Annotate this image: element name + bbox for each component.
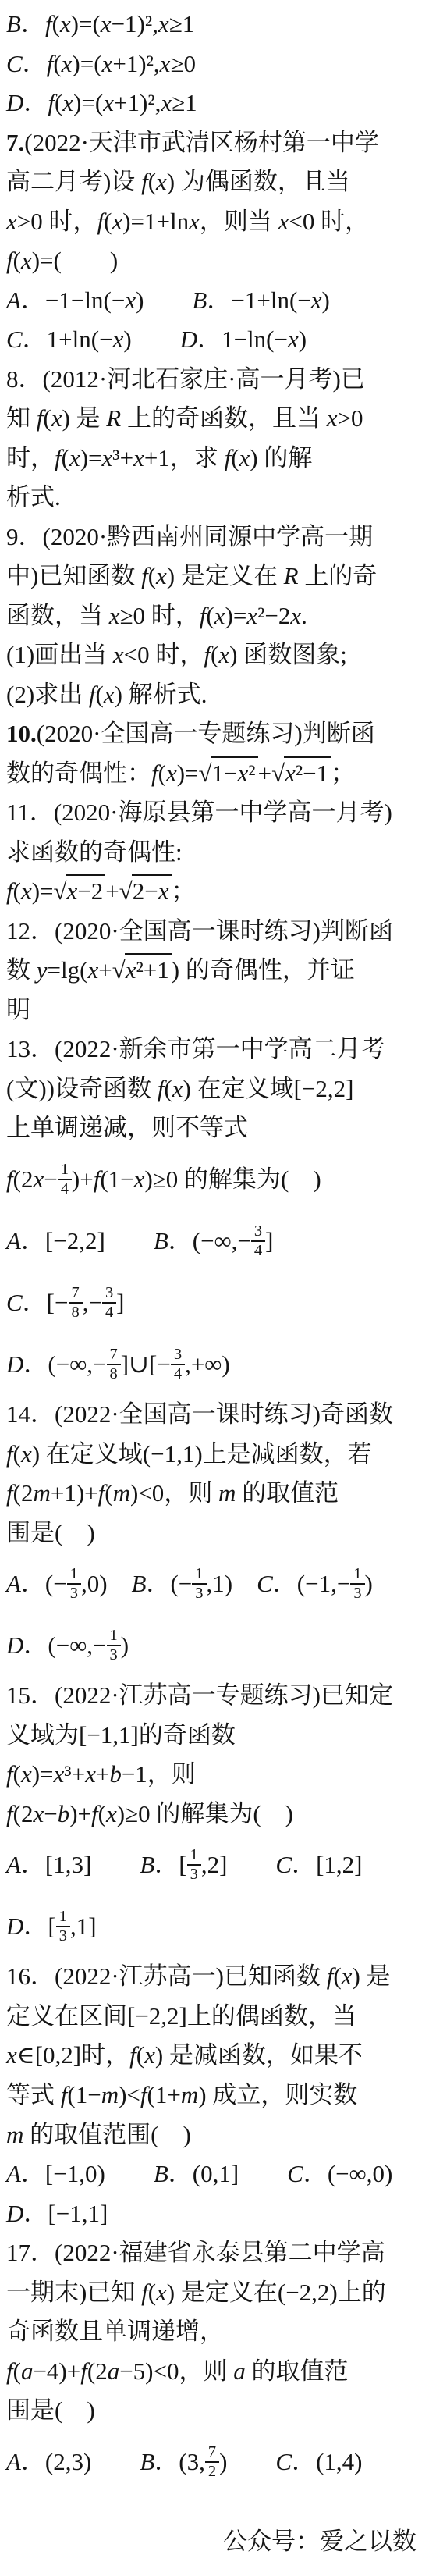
document-line: 时，f(x)=x³+x+1，求 f(x) 的解 [6,439,423,479]
document-line: f(2m+1)+f(m)<0，则 m 的取值范 [6,1474,423,1514]
document-line: f(x)=x³+x+b−1，则 [6,1755,423,1795]
document-line: f(2x−b)+f(x)≥0 的解集为( ) [6,1795,423,1834]
document-line: 12．(2020·全国高一课时练习)判断函 [6,912,423,952]
sqrt-radical: √x−2 [54,877,106,905]
document-line: D．[13,1] [6,1895,423,1957]
sqrt-radical: √1−x² [199,760,258,787]
document-line: A．−1−ln(−x) B．−1+ln(−x) [6,281,423,321]
document-line: 围是( ) [6,2391,423,2431]
document-line: f(x) 在定义域(−1,1)上是减函数，若 [6,1435,423,1475]
document-line: f(2x−14)+f(1−x)≥0 的解集为( ) [6,1148,423,1210]
document-line: C．[−78,−34] [6,1272,423,1333]
document-line: 知 f(x) 是 R 上的奇函数，且当 x>0 [6,399,423,439]
fraction: 13 [187,1846,201,1884]
document-line: f(x)=( ) [6,241,423,281]
document-line: 14．(2022·全国高一课时练习)奇函数 [6,1395,423,1435]
document-line: 7.(2022·天津市武清区杨村第一中学 [6,123,423,163]
document-line: 11．(2020·海原县第一中学高一月考) [6,793,423,833]
document-line: 一期末)已知 f(x) 是定义在(−2,2)上的 [6,2273,423,2313]
fraction: 13 [107,1627,121,1664]
document-line: 8．(2012·河北石家庄·高一月考)已 [6,360,423,400]
document-line: 上单调递减，则不等式 [6,1108,423,1148]
document-line: A．[−1,0) B．(0,1] C．(−∞,0) [6,2154,423,2194]
document-line: D．[−1,1] [6,2194,423,2234]
sqrt-radical: √x²+1 [112,956,172,984]
sqrt-radical: √x²−1 [271,760,331,787]
document-line: 16．(2022·江苏高一)已知函数 f(x) 是 [6,1957,423,1997]
document-line: 17．(2022·福建省永泰县第二中学高 [6,2233,423,2273]
fraction: 14 [58,1161,72,1198]
document-body: B．f(x)=(x−1)²,x≥1C．f(x)=(x+1)²,x≥0D．f(x)… [6,5,423,2492]
document-line: f(a−4)+f(2a−5)<0，则 a 的取值范 [6,2352,423,2392]
document-line: 函数，当 x≥0 时，f(x)=x²−2x. [6,596,423,636]
document-line: x>0 时，f(x)=1+lnx，则当 x<0 时， [6,202,423,242]
footer-watermark: 公众号：爱之以数 [223,2521,417,2556]
document-line: (2)求出 f(x) 解析式. [6,675,423,715]
document-line: D．(−∞,−78]∪[−34,+∞) [6,1333,423,1395]
document-line: 9．(2020·黔西南州同源中学高一期 [6,518,423,557]
document-line: 等式 f(1−m)<f(1+m) 成立，则实数 [6,2076,423,2115]
document-line: 围是( ) [6,1514,423,1553]
document-line: 15．(2022·江苏高一专题练习)已知定 [6,1676,423,1716]
document-line: B．f(x)=(x−1)²,x≥1 [6,5,423,44]
document-line: 高二月考)设 f(x) 为偶函数，且当 [6,162,423,202]
fraction: 78 [69,1284,83,1322]
fraction: 78 [107,1346,121,1383]
document-line: 析式. [6,478,423,518]
document-line: C．1+ln(−x) D．1−ln(−x) [6,320,423,360]
document-line: 数 y=lg(x+√x²+1) 的奇偶性，并证 [6,951,423,991]
document-line: 奇函数且单调递增， [6,2312,423,2352]
document-line: m 的取值范围( ) [6,2115,423,2155]
document-line: x∈[0,2]时，f(x) 是减函数，如果不 [6,2036,423,2076]
problem-number: 7. [6,129,24,156]
worksheet-page: B．f(x)=(x−1)²,x≥1C．f(x)=(x+1)²,x≥0D．f(x)… [0,0,429,2576]
fraction: 13 [192,1565,206,1603]
document-line: D．(−∞,−13) [6,1614,423,1676]
fraction: 13 [67,1565,81,1603]
document-line: f(x)=√x−2+√2−x； [6,872,423,912]
document-line: A．(−13,0) B．(−13,1) C．(−1,−13) [6,1553,423,1614]
sqrt-radical: √2−x [119,877,172,905]
fraction: 13 [56,1908,70,1945]
document-line: C．f(x)=(x+1)²,x≥0 [6,44,423,84]
document-line: 求函数的奇偶性: [6,833,423,873]
document-line: 明 [6,991,423,1030]
fraction: 13 [350,1565,364,1603]
document-line: D．f(x)=(x+1)²,x≥1 [6,84,423,123]
document-line: 10.(2020·全国高一专题练习)判断函 [6,714,423,754]
document-line: 中)已知函数 f(x) 是定义在 R 上的奇 [6,557,423,596]
document-line: A．[−2,2] B．(−∞,−34] [6,1210,423,1272]
fraction: 72 [205,2443,219,2481]
document-line: 定义在区间[−2,2]上的偶函数，当 [6,1997,423,2037]
fraction: 34 [251,1222,265,1260]
problem-number: 10. [6,720,37,747]
fraction: 34 [171,1346,185,1383]
document-line: (1)画出当 x<0 时，f(x) 函数图象; [6,635,423,675]
document-line: A．[1,3] B．[13,2] C．[1,2] [6,1834,423,1895]
document-line: 义域为[−1,1]的奇函数 [6,1716,423,1756]
document-line: 数的奇偶性：f(x)=√1−x²+√x²−1； [6,754,423,794]
document-line: A．(2,3) B．(3,72) C．(1,4) [6,2431,423,2492]
document-line: (文))设奇函数 f(x) 在定义域[−2,2] [6,1069,423,1109]
document-line: 13．(2022·新余市第一中学高二月考 [6,1030,423,1069]
fraction: 34 [102,1284,116,1322]
